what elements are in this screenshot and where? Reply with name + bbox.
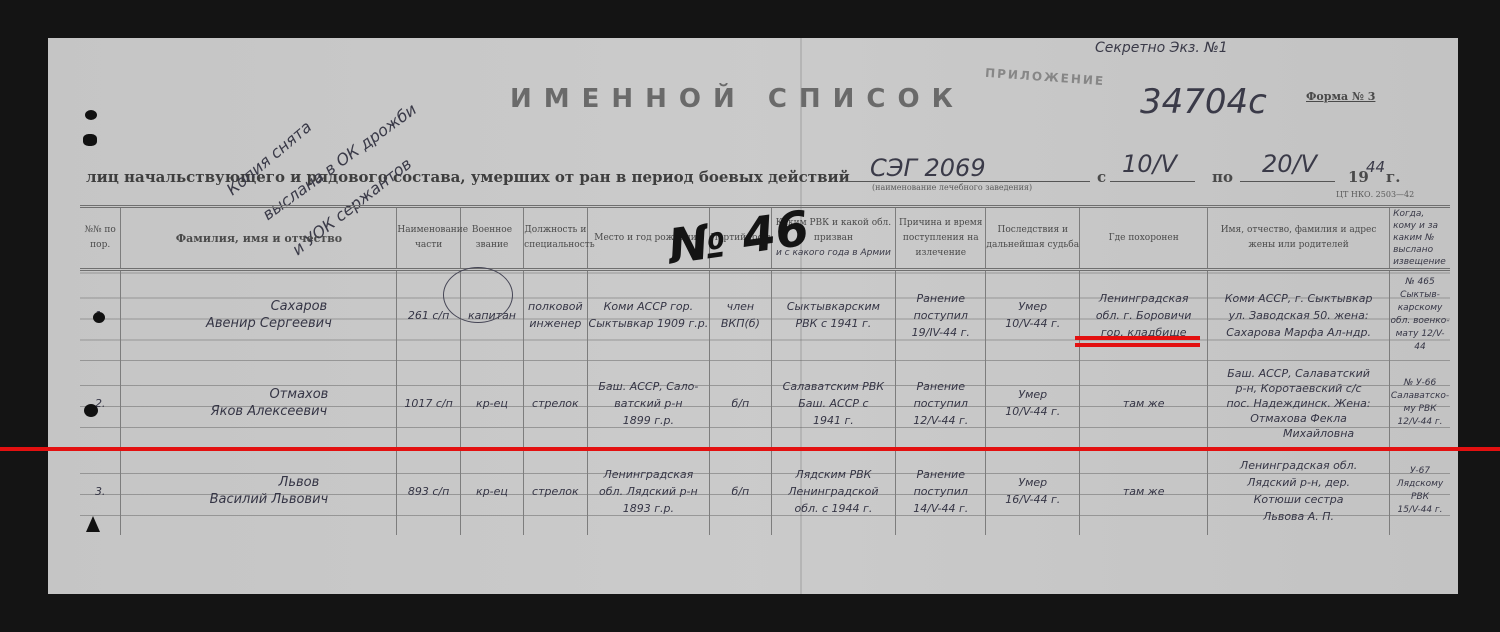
draft-line: Лядским РВК xyxy=(772,466,896,483)
notice-line: Салаватско- xyxy=(1390,390,1450,403)
notice: № У-66 Салаватско- му РВК 12/V-44 г. xyxy=(1390,359,1450,447)
position-line: стрелок xyxy=(524,395,586,412)
outcome-line: 10/V-44 г. xyxy=(986,403,1079,420)
col-rank: Военное звание xyxy=(460,207,523,270)
hole-punch-mark xyxy=(86,516,100,532)
page-title: ИМЕННОЙ СПИСОК xyxy=(510,84,965,114)
given-names: Авенир Сергеевич xyxy=(121,315,396,332)
burial-line: там же xyxy=(1080,483,1207,500)
position-line: инженер xyxy=(524,315,586,332)
hole-punch-mark xyxy=(84,404,98,417)
surname: Сахаров xyxy=(121,298,396,315)
birth: Ленинградская обл. Лядский р-н 1893 г.р. xyxy=(587,447,710,535)
cause-line: Ранение xyxy=(896,466,985,483)
relative-line: Баш. АССР, Салаватский xyxy=(1208,366,1389,381)
party: б/п xyxy=(710,359,771,447)
col-relatives: Имя, отчество, фамилия и адрес жены или … xyxy=(1208,207,1390,270)
period-to-label: по xyxy=(1212,168,1233,186)
birth-line: Ленинградская xyxy=(588,466,710,483)
relative-line: р-н, Коротаевский с/с xyxy=(1208,381,1389,396)
burial-line: Ленинградская xyxy=(1080,290,1207,307)
cause-line: поступил xyxy=(896,307,985,324)
hole-punch-mark xyxy=(93,312,105,323)
position: стрелок xyxy=(524,447,587,535)
relatives: Баш. АССР, Салаватский р-н, Коротаевский… xyxy=(1208,359,1390,447)
party: член ВКП(б) xyxy=(710,270,771,360)
position: стрелок xyxy=(524,359,587,447)
notice-line: карскому xyxy=(1390,302,1450,315)
notice: У-67 Лядскому РВК 15/V-44 г. xyxy=(1390,447,1450,535)
registration-number: 34704с xyxy=(1140,82,1267,122)
burial: там же xyxy=(1080,359,1208,447)
notice-line: № 465 xyxy=(1390,276,1450,289)
birth-line: 1893 г.р. xyxy=(588,500,710,517)
surname: Львов xyxy=(121,474,396,491)
notice-line: му РВК xyxy=(1390,403,1450,416)
table-row: 2. Отмахов Яков Алексеевич 1017 с/п кр-е… xyxy=(80,359,1450,447)
relatives: Коми АССР, г. Сыктывкар ул. Заводская 50… xyxy=(1208,270,1390,360)
unit: 893 с/п xyxy=(397,447,460,535)
full-name: Львов Василий Львович xyxy=(121,447,397,535)
surname: Отмахов xyxy=(121,386,396,403)
given-names: Яков Алексеевич xyxy=(121,403,396,420)
relative-line: Котюши сестра xyxy=(1208,491,1389,508)
cause-line: Ранение xyxy=(896,378,985,395)
rank-circle-mark xyxy=(443,267,513,323)
draft-line: 1941 г. xyxy=(772,412,896,429)
col-cause: Причина и время поступления на излечение xyxy=(896,207,986,270)
col-outcome: Последствия и дальнейшая судьба xyxy=(986,207,1080,270)
draft-line: РВК с 1941 г. xyxy=(772,315,896,332)
party: б/п xyxy=(710,447,771,535)
hole-punch-mark xyxy=(85,110,97,120)
birth-line: ватский р-н xyxy=(588,395,710,412)
form-label: Форма № 3 xyxy=(1306,90,1375,103)
outcome-line: 16/V-44 г. xyxy=(986,491,1079,508)
draft: Лядским РВК Ленинградской обл. с 1944 г. xyxy=(771,447,896,535)
outcome-line: Умер xyxy=(986,298,1079,315)
cause: Ранение поступил 12/V-44 г. xyxy=(896,359,986,447)
institution-caption: (наименование лечебного заведения) xyxy=(872,183,1032,192)
relative-line: ул. Заводская 50. жена: xyxy=(1208,307,1389,324)
outcome-line: Умер xyxy=(986,474,1079,491)
relative-line: Михайловна xyxy=(1208,426,1389,441)
cause-line: 12/V-44 г. xyxy=(896,412,985,429)
table-row: 1. Сахаров Авенир Сергеевич 261 с/п капи… xyxy=(80,270,1450,360)
birth-line: 1899 г.р. xyxy=(588,412,710,429)
party-line: б/п xyxy=(710,395,770,412)
col-unit: Наименование части xyxy=(397,207,460,270)
cause: Ранение поступил 19/IV-44 г. xyxy=(896,270,986,360)
unit: 1017 с/п xyxy=(397,359,460,447)
birth-line: Баш. АССР, Сало- xyxy=(588,378,710,395)
notice-line: Лядскому xyxy=(1390,478,1450,491)
position-line: полковой xyxy=(524,298,586,315)
notice-line: 12/V-44 г. xyxy=(1390,416,1450,429)
party-line: ВКП(б) xyxy=(710,315,770,332)
notice-line: У-67 xyxy=(1390,465,1450,478)
notice: № 465 Сыктыв- карскому обл. военко- мату… xyxy=(1390,270,1450,360)
notice-line: 15/V-44 г. xyxy=(1390,504,1450,517)
burial-line: обл. г. Боровичи xyxy=(1080,307,1207,324)
relatives: Ленинградская обл. Лядский р-н, дер. Кот… xyxy=(1208,447,1390,535)
birth-line: Коми АССР гор. xyxy=(588,298,710,315)
draft-line: Сыктывкарским xyxy=(772,298,896,315)
period-to-value: 20/V xyxy=(1262,150,1317,178)
outcome: Умер 10/V-44 г. xyxy=(986,359,1080,447)
party-line: член xyxy=(710,298,770,315)
cause-line: 14/V-44 г. xyxy=(896,500,985,517)
relative-line: пос. Надеждинск. Жена: xyxy=(1208,396,1389,411)
period-from-value: 10/V xyxy=(1122,150,1177,178)
cause-line: поступил xyxy=(896,395,985,412)
burial: там же xyxy=(1080,447,1208,535)
subtitle: лиц начальствующего и рядового состава, … xyxy=(86,168,850,186)
cause: Ранение поступил 14/V-44 г. xyxy=(896,447,986,535)
rank: кр-ец xyxy=(460,359,523,447)
outcome-line: Умер xyxy=(986,386,1079,403)
draft-line: Ленинградской xyxy=(772,483,896,500)
cause-line: Ранение xyxy=(896,290,985,307)
period-from-underline xyxy=(1110,181,1195,182)
outcome: Умер 10/V-44 г. xyxy=(986,270,1080,360)
notice-line: мату 12/V-44 xyxy=(1390,328,1450,354)
outcome-line: 10/V-44 г. xyxy=(986,315,1079,332)
year-unit: г. xyxy=(1386,168,1400,186)
notice-line: Сыктыв- xyxy=(1390,289,1450,302)
relative-line: Отмахова Фекла xyxy=(1208,411,1389,426)
draft-line: Салаватским РВК xyxy=(772,378,896,395)
institution-value: СЭГ 2069 xyxy=(870,154,986,182)
relative-line: Лядский р-н, дер. xyxy=(1208,474,1389,491)
birth: Баш. АССР, Сало- ватский р-н 1899 г.р. xyxy=(587,359,710,447)
col-position: Должность и специальность xyxy=(524,207,587,270)
secrecy-note: Секретно Экз. №1 xyxy=(1095,40,1228,56)
print-code: ЦТ НКО. 2503—42 xyxy=(1336,190,1414,199)
cause-line: 19/IV-44 г. xyxy=(896,324,985,341)
col-notice: Когда, кому и за каким № выслано извещен… xyxy=(1390,207,1450,270)
hole-punch-mark xyxy=(83,134,97,146)
table-row: 3. Львов Василий Львович 893 с/п кр-ец с… xyxy=(80,447,1450,535)
col-number: №№ по пор. xyxy=(80,207,121,270)
period-from-label: с xyxy=(1097,168,1106,186)
col-name: Фамилия, имя и отчество xyxy=(121,207,397,270)
position: полковой инженер xyxy=(524,270,587,360)
notice-line: обл. военко- xyxy=(1390,315,1450,328)
cause-line: поступил xyxy=(896,483,985,500)
draft: Сыктывкарским РВК с 1941 г. xyxy=(771,270,896,360)
draft: Салаватским РВК Баш. АССР с 1941 г. xyxy=(771,359,896,447)
birth-line: обл. Лядский р-н xyxy=(588,483,710,500)
party-line: б/п xyxy=(710,483,770,500)
notice-line: № У-66 xyxy=(1390,377,1450,390)
row-number: 2. xyxy=(80,359,121,447)
full-name: Сахаров Авенир Сергеевич xyxy=(121,270,397,360)
relative-line: Коми АССР, г. Сыктывкар xyxy=(1208,290,1389,307)
notice-line: РВК xyxy=(1390,491,1450,504)
relative-line: Львова А. П. xyxy=(1208,508,1389,525)
col-burial: Где похоронен xyxy=(1080,207,1208,270)
institution-underline xyxy=(845,181,1090,182)
draft-line: обл. с 1944 г. xyxy=(772,500,896,517)
draft-line: Баш. АССР с xyxy=(772,395,896,412)
period-to-underline xyxy=(1240,181,1335,182)
given-names: Василий Львович xyxy=(121,491,396,508)
birth-line: Сыктывкар 1909 г.р. xyxy=(588,315,710,332)
birth: Коми АССР гор. Сыктывкар 1909 г.р. xyxy=(587,270,710,360)
relative-line: Ленинградская обл. xyxy=(1208,457,1389,474)
red-underline-top xyxy=(1075,336,1200,340)
full-name: Отмахов Яков Алексеевич xyxy=(121,359,397,447)
outcome: Умер 16/V-44 г. xyxy=(986,447,1080,535)
red-underline-bottom xyxy=(1075,343,1200,347)
position-line: стрелок xyxy=(524,483,586,500)
burial-line: там же xyxy=(1080,395,1207,412)
relative-line: Сахарова Марфа Ал-ндр. xyxy=(1208,324,1389,341)
year-suffix: 44 xyxy=(1366,158,1385,176)
red-separator-line xyxy=(0,447,1500,451)
rank: кр-ец xyxy=(460,447,523,535)
